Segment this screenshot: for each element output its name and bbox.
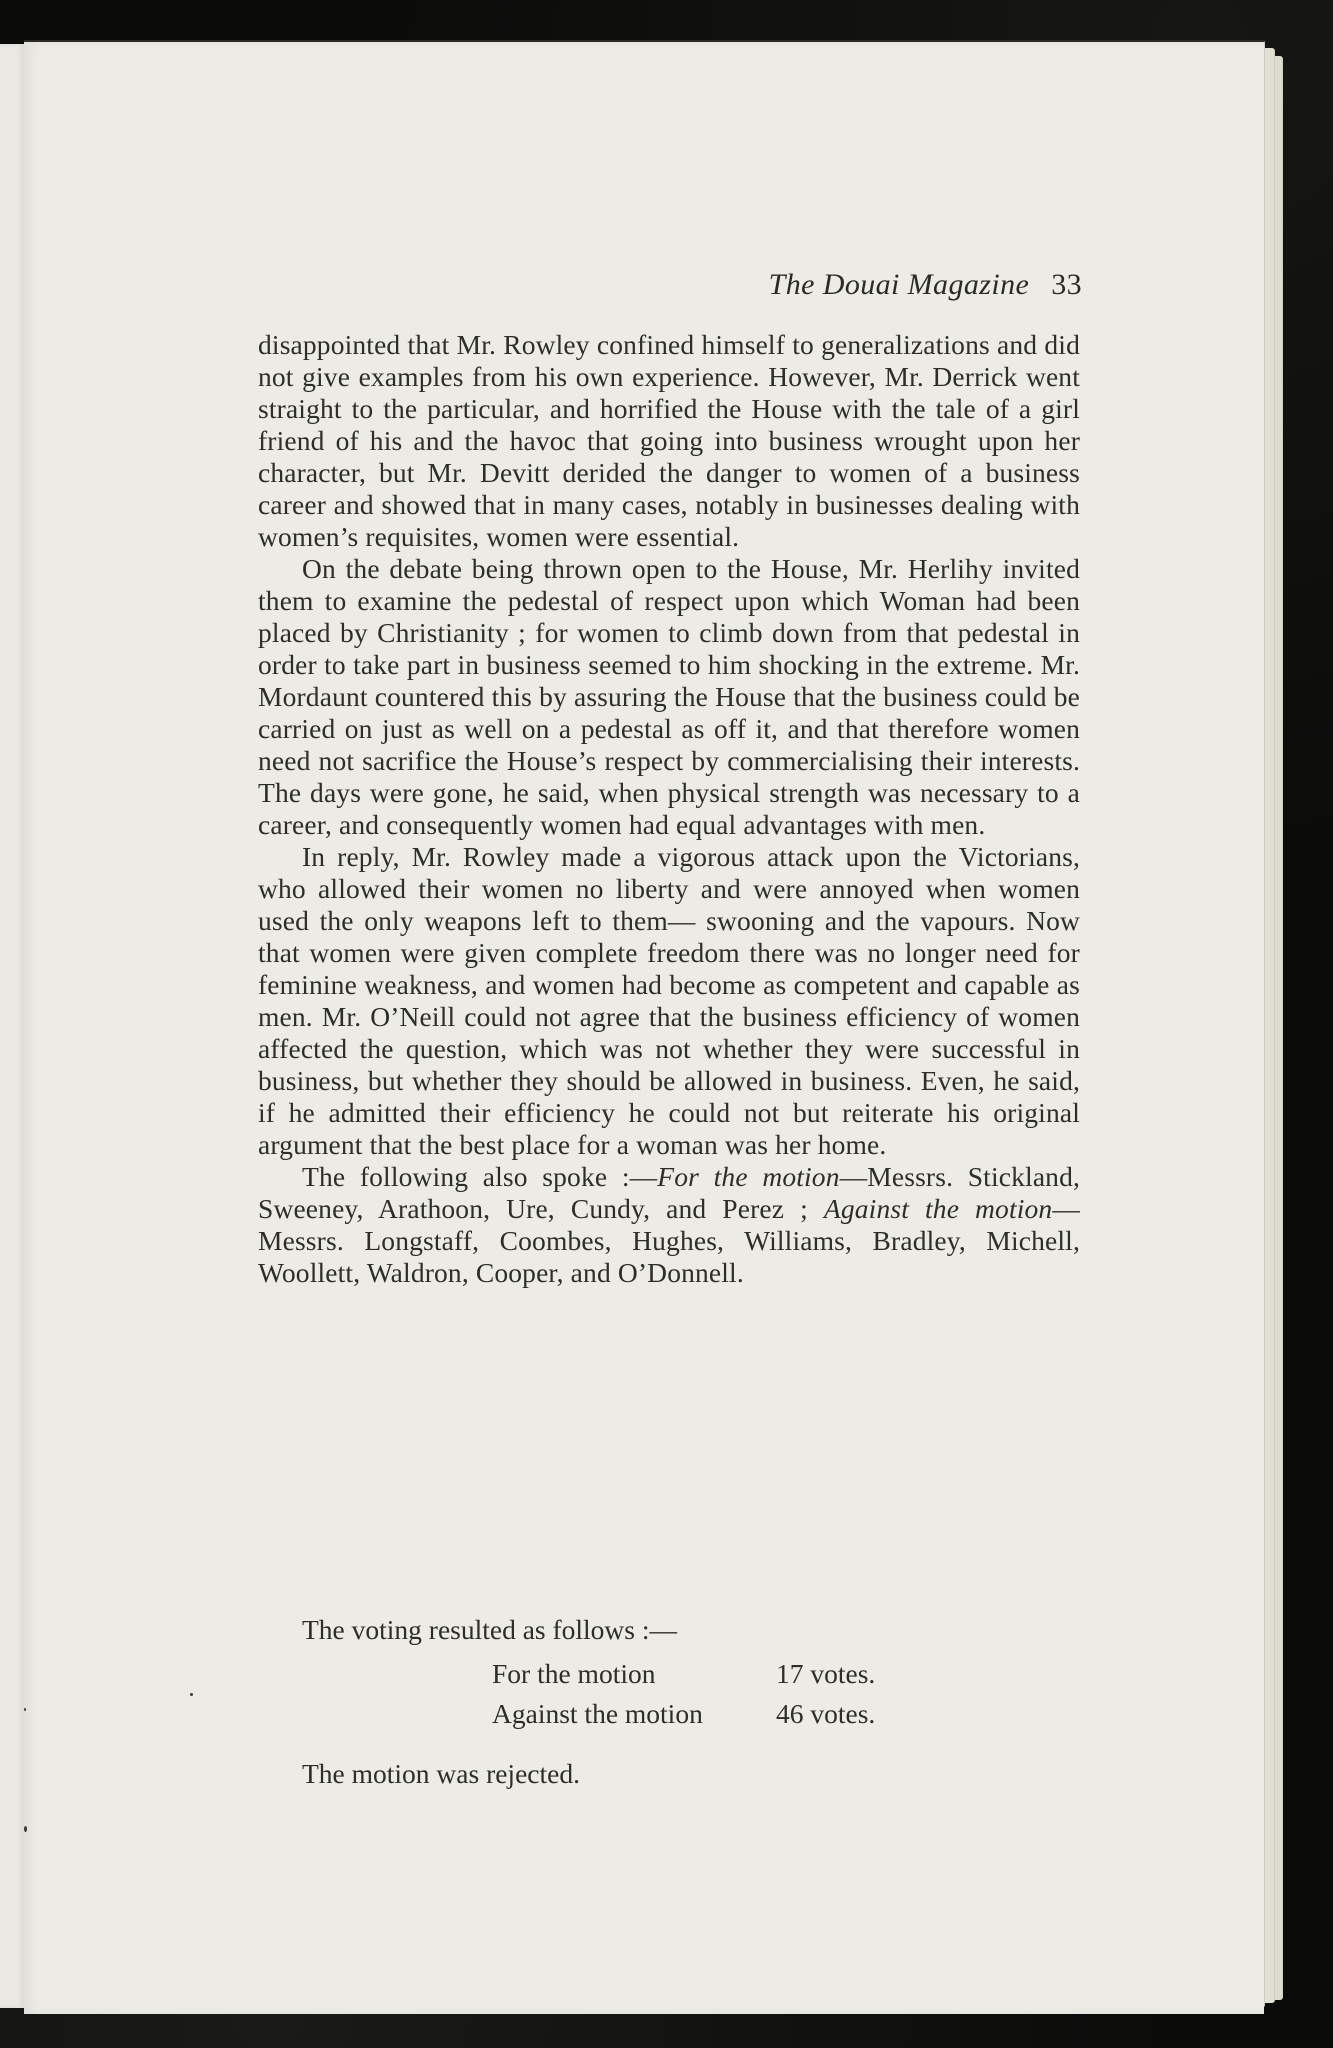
vote-label: For the motion (492, 1654, 776, 1694)
paragraph: In reply, Mr. Rowley made a vigorous att… (258, 841, 1080, 1161)
vote-results-table: For the motion 17 votes. Against the mot… (492, 1654, 875, 1734)
page-number: 33 (1051, 268, 1082, 301)
vote-row-against: Against the motion 46 votes. (492, 1694, 875, 1734)
against-motion-label: Against the motion (824, 1193, 1052, 1224)
for-motion-label: For the motion (657, 1161, 839, 1192)
speakers-paragraph: The following also spoke :—For the motio… (258, 1161, 1080, 1289)
vote-label: Against the motion (492, 1694, 776, 1734)
article-body: disappointed that Mr. Rowley confined hi… (258, 329, 1080, 1289)
motion-result: The motion was rejected. (302, 1758, 580, 1790)
vote-count: 17 votes. (776, 1654, 875, 1694)
speakers-intro: The following also spoke :— (302, 1161, 657, 1192)
vote-row-for: For the motion 17 votes. (492, 1654, 875, 1694)
scan-speck (24, 1708, 26, 1711)
scan-speck (190, 1693, 193, 1696)
facing-page-edge (0, 44, 25, 2008)
scan-speck (24, 1826, 27, 1832)
vote-count: 46 votes. (776, 1694, 875, 1734)
book-page: The Douai Magazine33 disappointed that M… (24, 40, 1264, 2014)
voting-intro: The voting resulted as follows :— (302, 1614, 677, 1646)
running-header: The Douai Magazine33 (24, 268, 1082, 302)
paragraph: On the debate being thrown open to the H… (258, 553, 1080, 841)
journal-title: The Douai Magazine (769, 268, 1030, 301)
paragraph-continued: disappointed that Mr. Rowley confined hi… (258, 329, 1080, 553)
